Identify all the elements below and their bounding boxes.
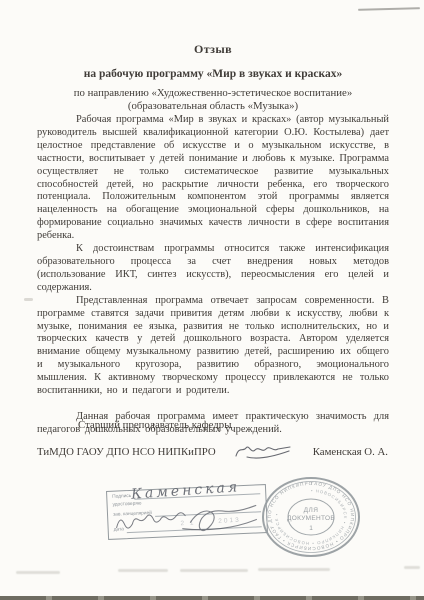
seal-center-line2: ДОКУМЕНТОВ [287,515,335,522]
paragraph-advantages: К достоинствам программы относится также… [37,243,389,295]
scan-smudge-top-right [358,7,420,11]
signature-row: ТиМДО ГАОУ ДПО НСО НИПКиПРО Каменская О.… [37,442,388,462]
document-body: Рабочая программа «Мир в звуках и краска… [37,114,389,437]
round-seal: ГАОУ ДПО НСО НИПКИПРО • НОВОСИБИРСК • ГА… [260,476,362,558]
bleed-through-mark [180,569,248,572]
seal-center-number: 1 [309,525,313,532]
bleed-through-mark [16,571,60,574]
document-area-line: (образовательная область «Музыка») [37,100,389,112]
title-block: Отзыв на рабочую программу «Мир в звуках… [37,42,389,112]
signer-position-line: Старший преподаватель кафедры [78,419,231,431]
signature-scribble [233,442,295,462]
paragraph-program-overview: Рабочая программа «Мир в звуках и краска… [37,114,389,243]
seal-center-line1: ДЛЯ [304,507,319,514]
scanned-document-page: Отзыв на рабочую программу «Мир в звуках… [0,0,424,600]
document-direction-line: по направлению «Художественно-эстетическ… [37,87,389,99]
bleed-through-mark [118,569,168,572]
scan-bottom-edge [0,596,424,600]
bleed-through-mark [404,566,420,569]
paragraph-relevance: Представленная программа отвечает запрос… [37,295,389,398]
certification-stamp: Подпись удостоверяю зав. канцелярией дат… [106,484,268,540]
bleed-through-mark [258,568,330,571]
stamp-label-signature: Подпись [112,494,131,501]
signer-name: Каменская О. А. [313,446,388,458]
signer-institution: ТиМДО ГАОУ ДПО НСО НИПКиПРО [37,446,216,458]
scan-edge-mark [24,298,33,301]
document-title: Отзыв [37,42,389,57]
document-subtitle: на рабочую программу «Мир в звуках и кра… [37,68,389,80]
